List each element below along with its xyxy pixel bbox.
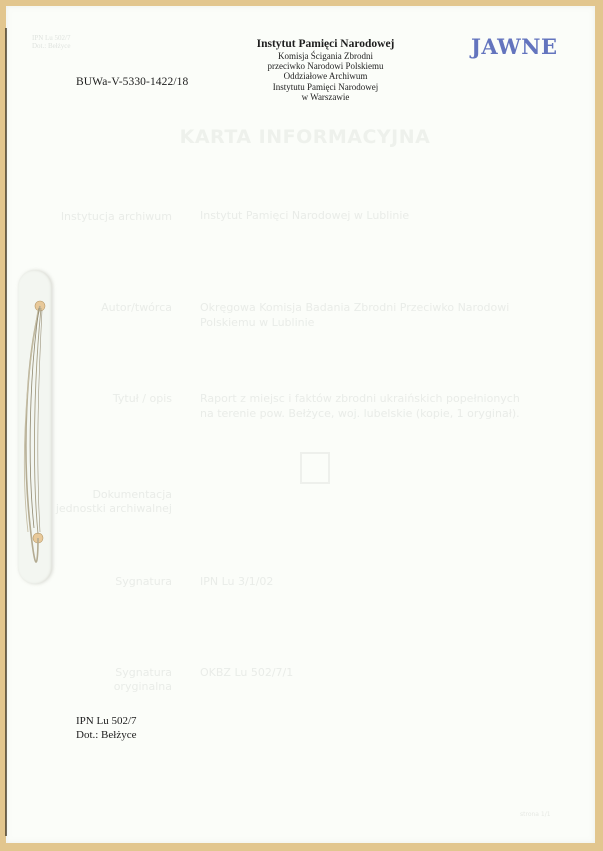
field-label-title: Tytuł / opis xyxy=(54,392,172,406)
faint-header-line: IPN Lu 502/7 xyxy=(32,34,71,42)
field-label-signature: Sygnatura xyxy=(54,575,172,589)
institute-header: Instytut Pamięci Narodowej Komisja Ściga… xyxy=(228,38,423,102)
institute-line: przeciwko Narodowi Polskiemu xyxy=(228,61,423,71)
field-value-title: Raport z miejsc i faktów zbrodni ukraińs… xyxy=(200,391,530,421)
binder-string-icon xyxy=(18,270,52,584)
bottom-reference: IPN Lu 502/7 Dot.: Bełżyce xyxy=(76,714,137,742)
field-value-author: Okręgowa Komisja Badania Zbrodni Przeciw… xyxy=(200,300,530,330)
institute-line: w Warszawie xyxy=(228,92,423,102)
institute-name: Instytut Pamięci Narodowej xyxy=(228,38,423,51)
page-edge-line xyxy=(5,28,7,836)
footer-note: strona 1/1 xyxy=(520,811,551,818)
classification-stamp: JAWNE xyxy=(471,34,557,59)
bottom-location: Dot.: Bełżyce xyxy=(76,728,137,742)
field-value-institution: Instytut Pamięci Narodowej w Lublinie xyxy=(200,208,530,223)
faint-stamp-box xyxy=(300,452,330,484)
field-label-institution: Instytucja archiwum xyxy=(54,210,172,224)
bottom-signature: IPN Lu 502/7 xyxy=(76,714,137,728)
faint-header-line: Dot.: Bełżyce xyxy=(32,42,71,50)
binder-slot xyxy=(18,270,52,584)
institute-line: Oddziałowe Archiwum xyxy=(228,71,423,81)
institute-line: Instytutu Pamięci Narodowej xyxy=(228,82,423,92)
faint-header-note: IPN Lu 502/7 Dot.: Bełżyce xyxy=(32,34,71,50)
field-label-documentation: Dokumentacja jednostki archiwalnej xyxy=(54,488,172,516)
page-title: KARTA INFORMACYJNA xyxy=(160,126,450,148)
field-label-original-signature: Sygnatura oryginalna xyxy=(54,666,172,694)
reference-number: BUWa-V-5330-1422/18 xyxy=(76,76,188,88)
field-value-signature: IPN Lu 3/1/02 xyxy=(200,574,530,589)
field-value-original-signature: OKBZ Lu 502/7/1 xyxy=(200,665,530,680)
field-label-author: Autor/twórca xyxy=(54,301,172,315)
institute-line: Komisja Ścigania Zbrodni xyxy=(228,51,423,61)
